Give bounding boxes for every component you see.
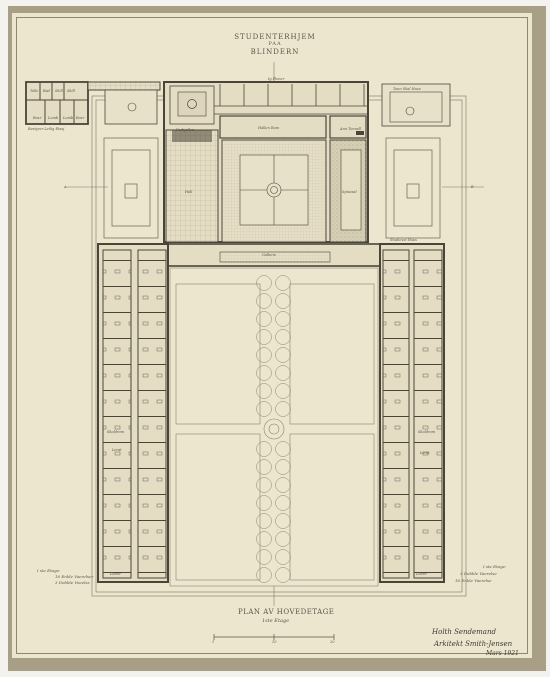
room-label: Hall — [185, 190, 192, 194]
central-courtyard — [170, 268, 378, 586]
room-label-tower: Tonn Skal Huse — [393, 87, 421, 91]
room-label-gallery: Gallerie — [262, 253, 276, 257]
signature-line-1: Holth Sendemand — [432, 628, 496, 636]
plan-title: PLAN AV HOVEDETAGE — [238, 608, 334, 616]
scale-label: 20 — [330, 640, 334, 644]
room-label: Boxr — [33, 116, 41, 120]
room-label: Tolle — [30, 89, 38, 93]
left-wing — [98, 244, 168, 582]
signature-date: Mars 1921 — [486, 650, 519, 657]
wing-caption: Ig Plener — [268, 77, 284, 81]
room-label: Skoldrom — [107, 430, 124, 434]
room-label: Liarer — [416, 572, 427, 576]
scale-label: 10 — [272, 640, 276, 644]
main-building-north — [150, 82, 386, 266]
wing-caption: Bestyrer Leilig Etasj — [28, 127, 64, 131]
room-label: Bad — [43, 89, 50, 93]
note-right-line: 16 Enkle Vaerelse — [455, 578, 491, 583]
room-label: Lerat — [112, 448, 122, 452]
scale-label: 1 — [212, 640, 214, 644]
room-label: Boxr — [76, 116, 84, 120]
title-line-2: PAA — [225, 41, 325, 47]
axis-label: B — [471, 185, 474, 189]
room-label: Skill — [55, 89, 63, 93]
note-right-line: I ste Etage: — [483, 564, 506, 569]
room-label: Skoldrom — [418, 430, 435, 434]
room-label-dining: Spisesal — [342, 190, 357, 194]
axis-label: A — [64, 185, 67, 189]
title-line-1: STUDENTERHJEM — [225, 33, 325, 41]
signature-line-2: Arkitekt Smith-Jensen — [434, 640, 512, 648]
room-label: Liarer — [110, 572, 121, 576]
right-wing — [380, 244, 444, 582]
room-label: Studievei Haus — [390, 238, 417, 242]
note-left-line: I ste Etage: — [37, 568, 60, 573]
room-label: Lumb — [63, 116, 73, 120]
title-line-3: BLINDERN — [225, 48, 325, 56]
room-label: Lerat — [420, 451, 430, 455]
plan-subtitle: 1ste Etage — [262, 618, 289, 624]
room-label: Ann Tonnell — [340, 127, 361, 131]
tree-allee — [257, 276, 291, 583]
note-left-line: 16 Enkle Vaerelser — [55, 574, 93, 579]
room-label-hall: Hallen Rum — [258, 126, 279, 130]
room-label: Skill — [67, 89, 75, 93]
room-label-foyer: Forhjallen — [176, 128, 194, 132]
room-label: Lumb — [48, 116, 58, 120]
note-left-line: 3 Dobble Voeelse — [55, 580, 90, 585]
note-right-line: 3 Dobble Vaerelse — [460, 571, 497, 576]
